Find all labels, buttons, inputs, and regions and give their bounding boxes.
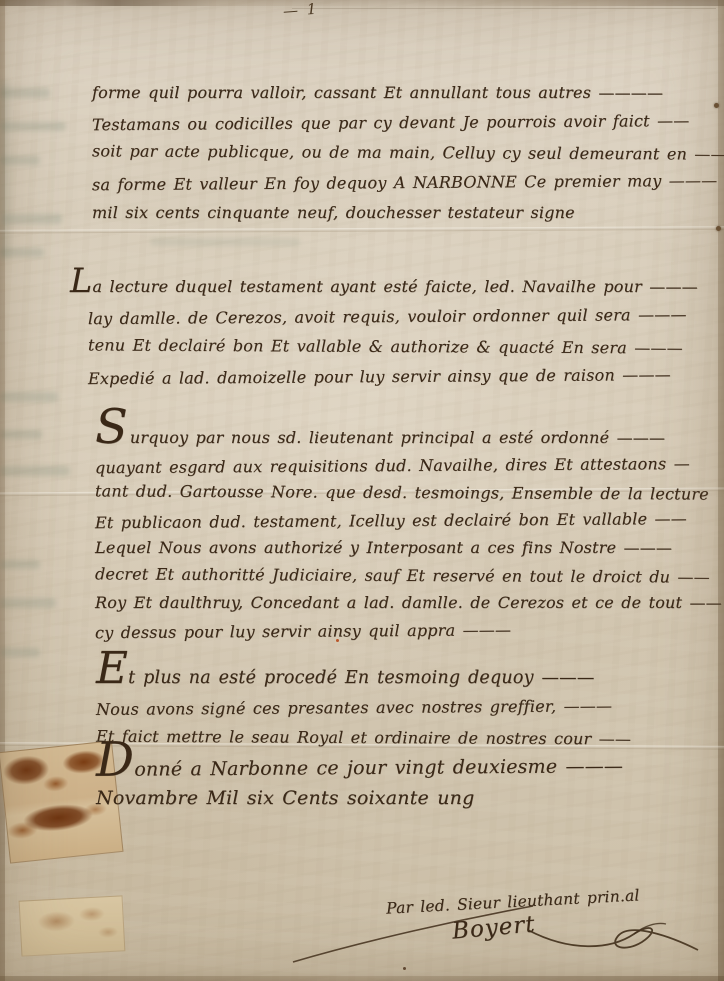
manuscript-line: sa forme Et valleur En foy dequoy A NARB… — [92, 166, 724, 200]
verso-showthrough — [0, 430, 42, 439]
paper-edge-left — [0, 0, 5, 981]
manuscript-line: Et publicaon dud. testament, Icelluy est… — [95, 504, 722, 536]
manuscript-line: tant dud. Gartousse Nore. que desd. tesm… — [95, 477, 722, 508]
manuscript-line: Novambre Mil six Cents soixante ung — [96, 783, 631, 813]
manuscript-line: soit par acte publicque, ou de ma main, … — [92, 136, 724, 169]
manuscript-line-dropcap: Surquoy par nous sd. lieutenant principa… — [95, 424, 722, 452]
manuscript-line: tenu Et declairé bon Et vallable & autho… — [88, 330, 698, 363]
verso-showthrough — [0, 560, 40, 569]
manuscript-paragraph-3: Surquoy par nous sd. lieutenant principa… — [95, 424, 722, 644]
verso-showthrough — [0, 392, 58, 402]
manuscript-paragraph-1: forme quil pourra valloir, cassant Et an… — [92, 78, 724, 228]
verso-showthrough — [0, 648, 40, 657]
manuscript-line: Lequel Nous avons authorizé y Interposan… — [95, 534, 722, 562]
manuscript-line: lay damlle. de Cerezos, avoit requis, vo… — [88, 300, 698, 334]
manuscript-line: Expedié a lad. damoizelle pour luy servi… — [88, 360, 698, 394]
manuscript-line: mil six cents cinquante neuf, douchesser… — [92, 198, 724, 228]
verso-showthrough — [2, 214, 62, 224]
verso-showthrough — [0, 156, 40, 165]
wax-seal-stain-patch-light — [19, 895, 126, 956]
manuscript-line: quayant esgard aux requisitions dud. Nav… — [95, 449, 722, 481]
verso-showthrough — [0, 122, 66, 131]
ink-speck — [403, 967, 406, 970]
manuscript-line-dropcap: La lecture duquel testament ayant esté f… — [70, 272, 698, 302]
verso-showthrough — [0, 248, 44, 257]
faint-top-rule — [292, 8, 716, 9]
manuscript-line: Roy Et daulthruy, Concedant a lad. damll… — [95, 589, 722, 617]
paper-edge-top — [0, 0, 724, 6]
paper-edge-bottom — [0, 976, 724, 981]
verso-showthrough — [0, 598, 56, 608]
verso-showthrough — [150, 238, 300, 246]
manuscript-line: forme quil pourra valloir, cassant Et an… — [92, 78, 724, 108]
manuscript-line: cy dessus pour luy servir ainsy quil app… — [95, 614, 722, 646]
manuscript-line: Et faict mettre le seau Royal et ordinai… — [96, 722, 631, 755]
verso-showthrough — [0, 466, 70, 476]
manuscript-line-dropcap: Donné a Narbonne ce jour vingt deuxiesme… — [96, 751, 631, 785]
manuscript-line: decret Et authoritté Judiciaire, sauf Et… — [95, 560, 722, 591]
verso-showthrough — [0, 88, 50, 98]
manuscript-paragraph-2: La lecture duquel testament ayant esté f… — [88, 272, 698, 392]
page-number: — 1 — [282, 0, 318, 20]
manuscript-page: — 1 forme quil pourra valloir, cassant E… — [0, 0, 724, 981]
signature-name: Boyert — [451, 911, 537, 944]
manuscript-line-dropcap: Et plus na esté procedé En tesmoing dequ… — [96, 663, 631, 693]
manuscript-line: Nous avons signé ces presantes avec nost… — [96, 691, 631, 725]
manuscript-paragraph-4: Et plus na esté procedé En tesmoing dequ… — [96, 663, 631, 813]
manuscript-line: Testamans ou codicilles que par cy devan… — [92, 106, 724, 140]
